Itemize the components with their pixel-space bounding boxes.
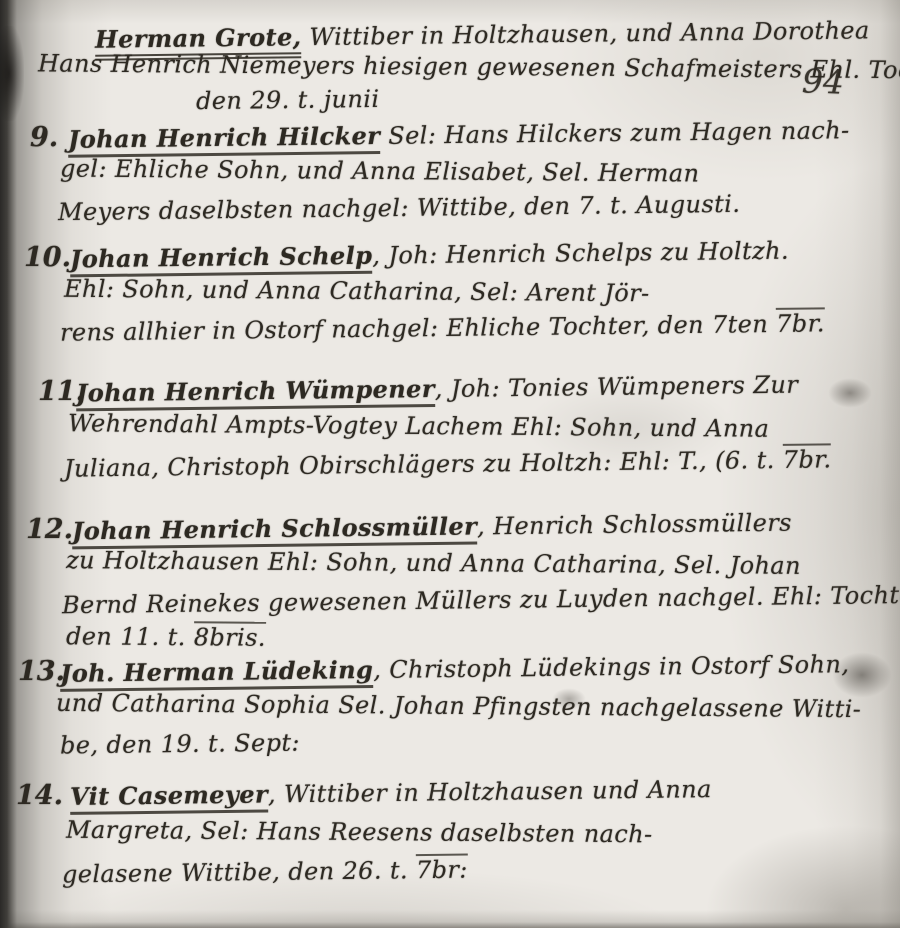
entry-line: Bernd Reinekes gewesenen Müllers zu Luyd…: [62, 581, 900, 620]
month-abbreviation: 7br.: [783, 443, 832, 474]
entry-text: Margreta, Sel: Hans Reesens daselbsten n…: [66, 816, 653, 849]
entry-text: Wittiber in Holtzhausen, und Anna Doroth…: [301, 16, 870, 51]
entry-text: Meyers daselbsten nachgel: Wittibe, den …: [58, 190, 741, 226]
entry-text: , Joh: Tonies Wümpeners Zur: [435, 371, 799, 403]
entry-text: be, den 19. t. Sept:: [60, 729, 300, 760]
underlined-name: Johan Henrich Schelp: [70, 241, 373, 278]
entry-line: Hans Henrich Niemeyers hiesigen gewesene…: [38, 49, 900, 84]
entry-line: den 29. t. junii: [196, 85, 380, 115]
entry-text: und Catharina Sophia Sel. Johan Pfingste…: [56, 689, 861, 723]
entry-number: 14.: [16, 780, 63, 811]
entry-text: , Wittiber in Holtzhausen und Anna: [268, 775, 712, 808]
entry-line: Ehl: Sohn, und Anna Catharina, Sel: Aren…: [64, 275, 650, 308]
entry-line: rens allhier in Ostorf nachgel: Ehliche …: [60, 309, 825, 346]
entry-line: Meyers daselbsten nachgel: Wittibe, den …: [58, 190, 741, 226]
entry-line: Vit Casemeyer, Wittiber in Holtzhausen u…: [70, 774, 712, 811]
entry-number: 10.: [24, 242, 71, 273]
entry-line: gel: Ehliche Sohn, und Anna Elisabet, Se…: [60, 154, 700, 187]
entry-line: Joh. Herman Lüdeking, Christoph Lüdeking…: [60, 649, 850, 688]
entry-line: Johan Henrich Schlossmüller, Henrich Sch…: [72, 508, 792, 546]
entry-text: zu Holtzhausen Ehl: Sohn, und Anna Catha…: [66, 546, 801, 580]
entry-text: Wehrendahl Ampts-Vogtey Lachem Ehl: Sohn…: [68, 409, 770, 443]
entry-text: gel: Ehliche Sohn, und Anna Elisabet, Se…: [60, 154, 700, 187]
month-abbreviation: 7br:: [416, 854, 468, 885]
entry-line: Margreta, Sel: Hans Reesens daselbsten n…: [66, 816, 653, 849]
entry-text: rens allhier in Ostorf nachgel: Ehliche …: [60, 310, 776, 347]
entry-text: Bernd Reinekes gewesenen Müllers zu Luyd…: [62, 581, 900, 620]
entry-line: den 11. t. 8bris.: [66, 622, 266, 652]
entry-text: , Christoph Lüdekings in Ostorf Sohn,: [373, 650, 849, 684]
entry-line: Herman Grote, Wittiber in Holtzhausen, u…: [95, 15, 870, 53]
entry-line: Johan Henrich Schelp, Joh: Henrich Schel…: [70, 236, 789, 274]
entry-line: und Catharina Sophia Sel. Johan Pfingste…: [56, 689, 861, 723]
entry-number: 12.: [26, 514, 73, 545]
entries: Herman Grote, Wittiber in Holtzhausen, u…: [0, 0, 900, 928]
entry-text: Hans Henrich Niemeyers hiesigen gewesene…: [38, 49, 900, 84]
entry-text: , Henrich Schlossmüllers: [477, 509, 792, 541]
entry-line: gelasene Wittibe, den 26. t. 7br:: [62, 856, 468, 889]
entry-line: Juliana, Christoph Obirschlägers zu Holt…: [64, 445, 832, 482]
entry-number: 9.: [30, 122, 58, 153]
register-page: 94 Herman Grote, Wittiber in Holtzhausen…: [0, 0, 900, 928]
entry-text: gelasene Wittibe, den 26. t.: [62, 856, 416, 888]
entry-line: zu Holtzhausen Ehl: Sohn, und Anna Catha…: [66, 546, 801, 580]
underlined-name: Johan Henrich Hilcker: [68, 121, 381, 158]
underlined-name: Vit Casemeyer: [70, 780, 268, 815]
entry-text: Juliana, Christoph Obirschlägers zu Holt…: [64, 446, 783, 483]
entry-line: be, den 19. t. Sept:: [60, 729, 300, 760]
entry-text: , Joh: Henrich Schelps zu Holtzh.: [372, 237, 789, 270]
entry-text: den 11. t.: [66, 622, 194, 651]
underlined-name: Johan Henrich Schlossmüller: [72, 511, 477, 549]
entry-text: Ehl: Sohn, und Anna Catharina, Sel: Aren…: [64, 275, 650, 308]
month-abbreviation: 8bris.: [194, 621, 266, 652]
entry-text: Sel: Hans Hilckers zum Hagen nach-: [380, 116, 850, 150]
underlined-name: Johan Henrich Wümpener: [76, 374, 435, 411]
month-abbreviation: 7br.: [776, 307, 825, 338]
entry-line: Wehrendahl Ampts-Vogtey Lachem Ehl: Sohn…: [68, 409, 770, 443]
entry-number: 13.: [18, 656, 65, 687]
entry-line: Johan Henrich Wümpener, Joh: Tonies Wümp…: [76, 370, 798, 408]
underlined-name: Joh. Herman Lüdeking: [60, 655, 374, 692]
entry-text: den 29. t. junii: [196, 85, 380, 115]
entry-line: Johan Henrich Hilcker Sel: Hans Hilckers…: [68, 115, 850, 154]
